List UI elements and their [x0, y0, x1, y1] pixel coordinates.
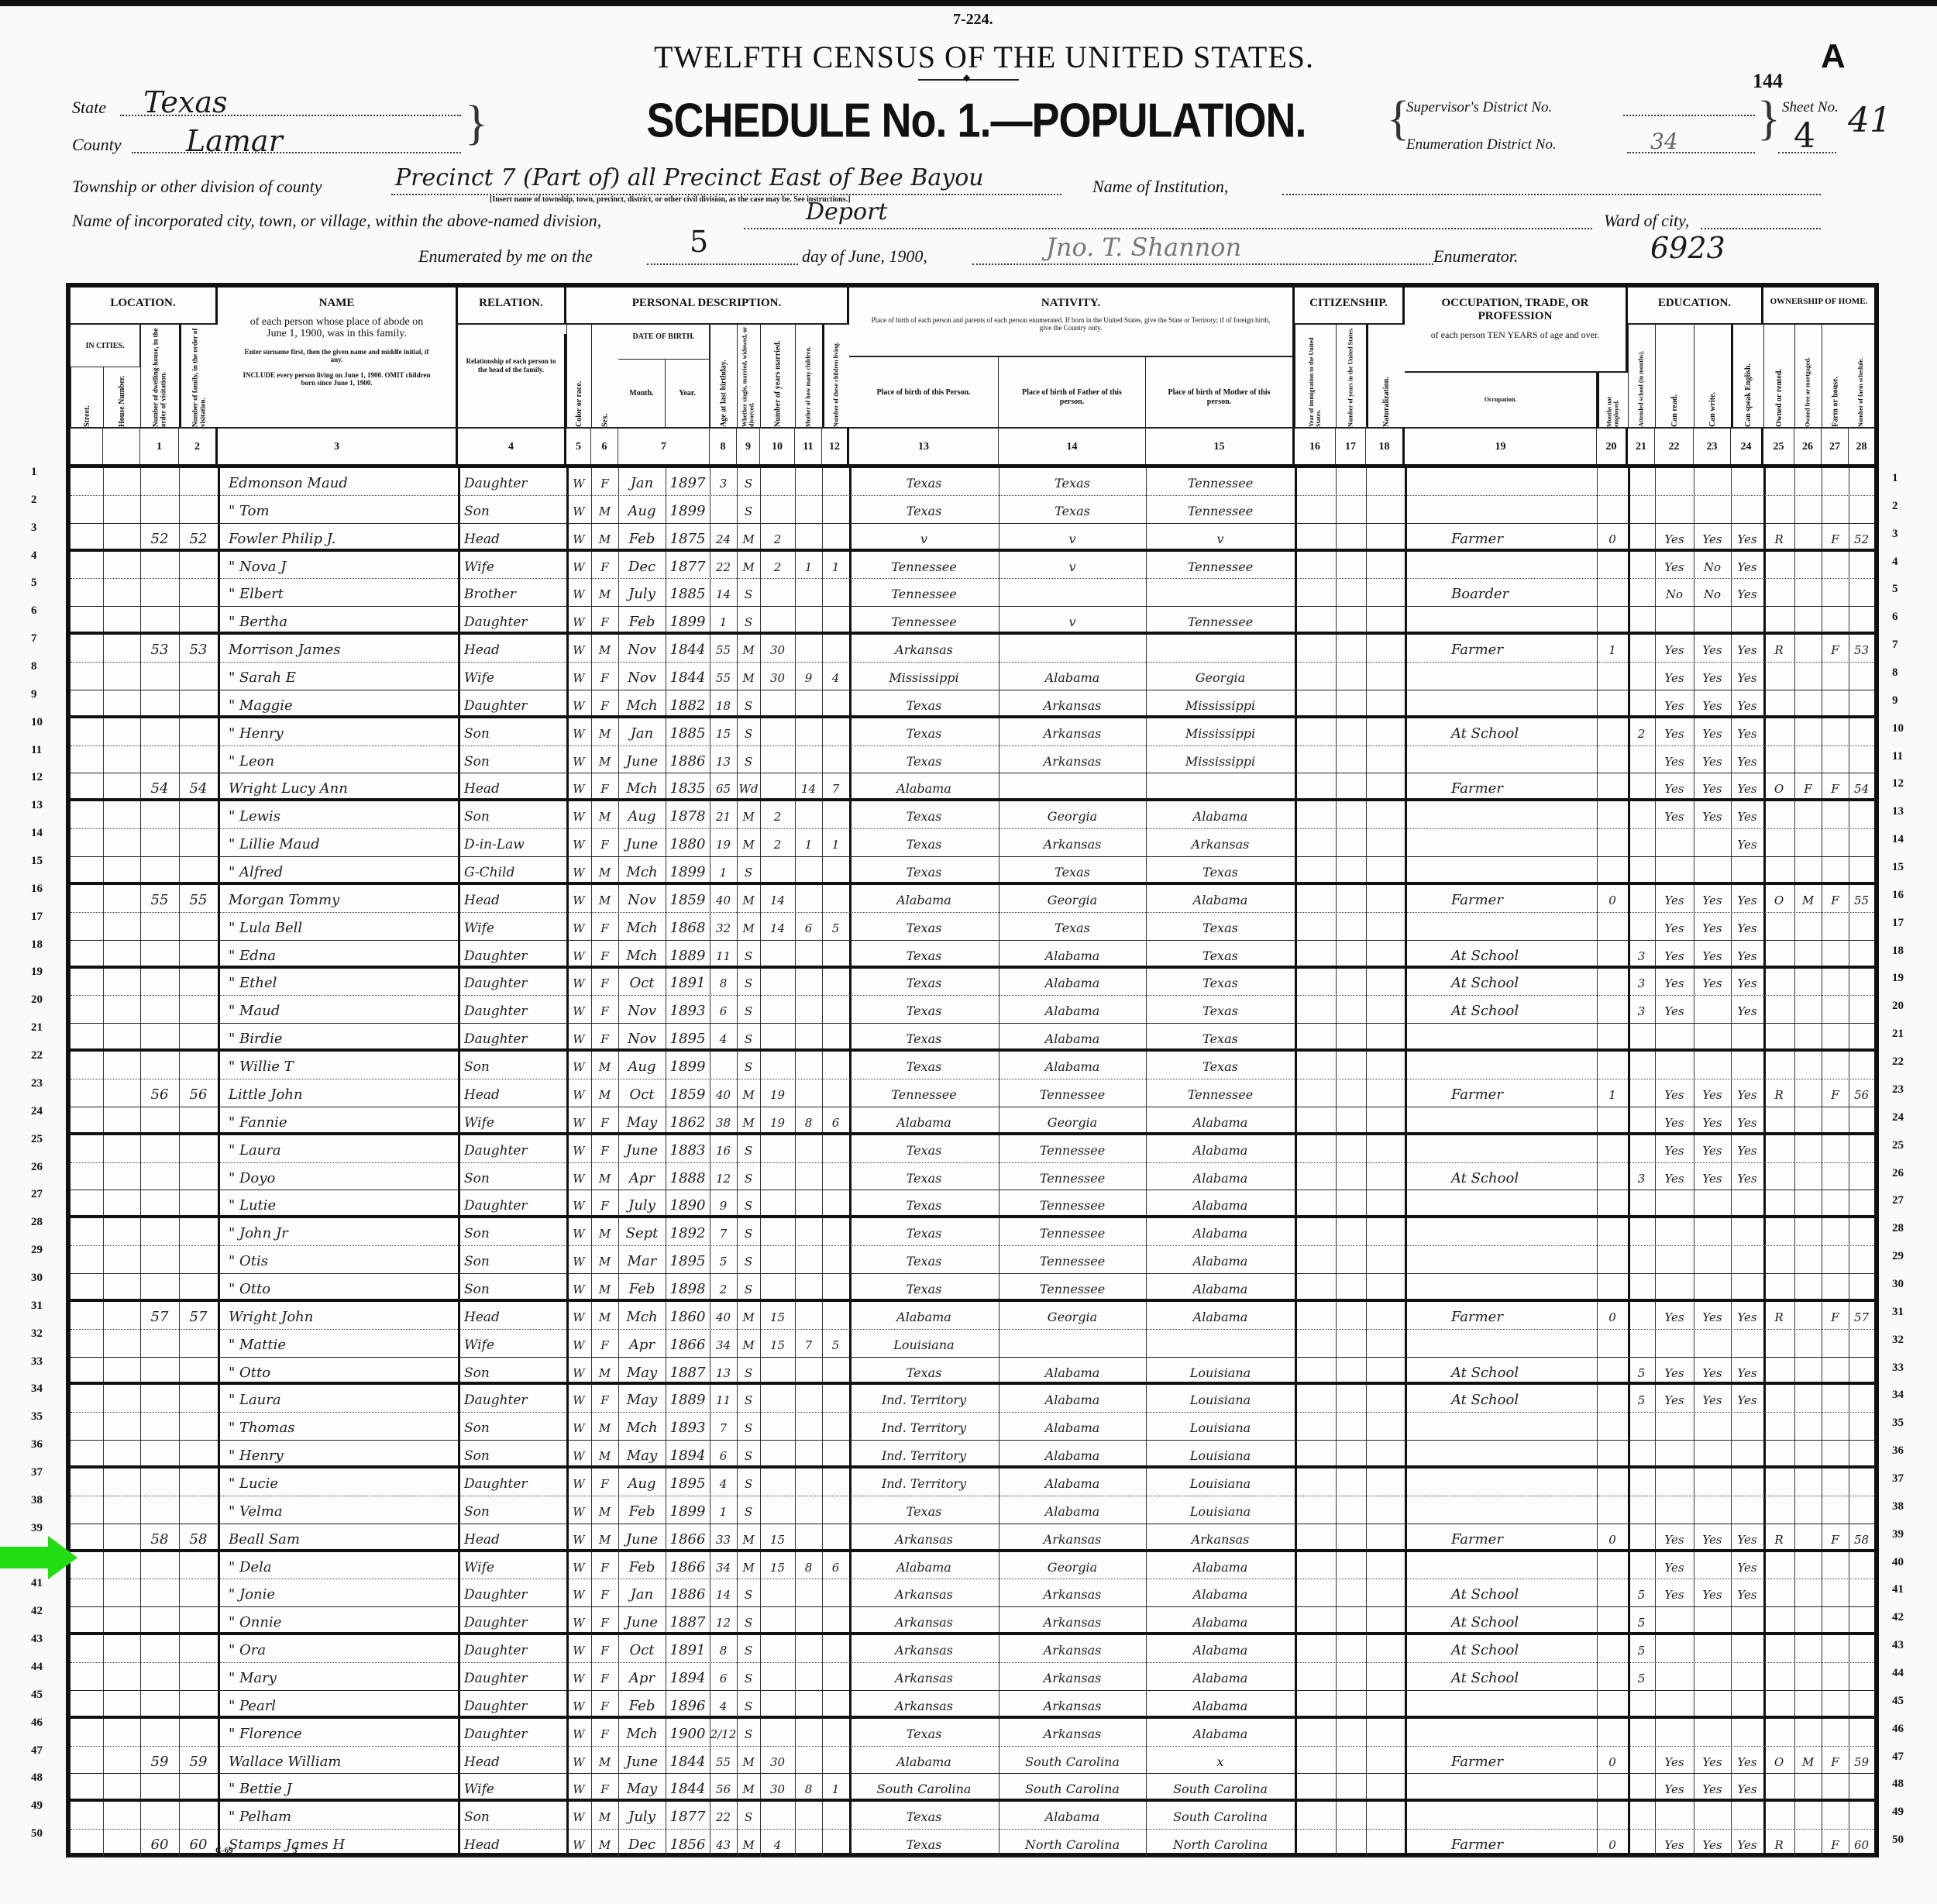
attended-school-cell[interactable]	[1628, 1719, 1655, 1746]
family-number-cell[interactable]	[179, 1413, 218, 1440]
family-number-cell[interactable]	[179, 968, 218, 995]
relation-cell[interactable]: Daughter	[458, 1190, 566, 1215]
birthplace-mother-cell[interactable]: Alabama	[1146, 1635, 1295, 1662]
relation-cell[interactable]: Daughter	[458, 941, 566, 966]
occupation-cell[interactable]	[1405, 1802, 1597, 1829]
birth-month-cell[interactable]: Mch	[618, 1719, 666, 1746]
birthplace-father-cell[interactable]: Tennessee	[999, 1274, 1146, 1299]
person-name-cell[interactable]: " Birdie	[218, 1024, 458, 1048]
farm-or-house-cell[interactable]	[1822, 1691, 1849, 1716]
color-cell[interactable]: W	[566, 1246, 591, 1273]
can-read-cell[interactable]: Yes	[1655, 718, 1694, 745]
owned-free-cell[interactable]	[1794, 690, 1822, 715]
age-cell[interactable]: 13	[710, 746, 737, 773]
birthplace-father-cell[interactable]: Arkansas	[999, 1607, 1146, 1632]
birth-year-cell[interactable]: 1895	[666, 1024, 710, 1048]
farm-schedule-cell[interactable]: 59	[1849, 1747, 1874, 1774]
occupation-cell[interactable]	[1405, 1468, 1597, 1496]
children-living-cell[interactable]	[822, 607, 849, 632]
can-speak-english-cell[interactable]: Yes	[1731, 1163, 1763, 1190]
owned-free-cell[interactable]	[1794, 1163, 1822, 1190]
years-married-cell[interactable]: 2	[760, 801, 795, 828]
farm-or-house-cell[interactable]	[1822, 1163, 1849, 1190]
color-cell[interactable]: W	[566, 829, 591, 856]
dwelling-number-cell[interactable]	[140, 1579, 179, 1606]
person-name-cell[interactable]: " Thomas	[218, 1413, 458, 1440]
birth-month-cell[interactable]: Oct	[618, 968, 666, 995]
can-write-cell[interactable]	[1694, 857, 1731, 882]
age-cell[interactable]: 43	[710, 1830, 737, 1857]
owned-rented-cell[interactable]	[1763, 1246, 1794, 1273]
can-speak-english-cell[interactable]	[1731, 1274, 1763, 1299]
owned-free-cell[interactable]: M	[1794, 1747, 1822, 1774]
relation-cell[interactable]: Daughter	[458, 1607, 566, 1632]
can-write-cell[interactable]	[1694, 1607, 1731, 1632]
can-speak-english-cell[interactable]: Yes	[1731, 1302, 1763, 1329]
farm-schedule-cell[interactable]	[1849, 1802, 1874, 1829]
birthplace-person-cell[interactable]: v	[849, 524, 999, 549]
dwelling-number-cell[interactable]	[140, 1552, 179, 1579]
age-cell[interactable]: 2/12	[710, 1719, 737, 1746]
farm-or-house-cell[interactable]	[1822, 996, 1849, 1023]
can-read-cell[interactable]	[1655, 1468, 1694, 1496]
farm-schedule-cell[interactable]: 58	[1849, 1524, 1874, 1549]
attended-school-cell[interactable]	[1628, 1052, 1655, 1079]
owned-free-cell[interactable]	[1794, 607, 1822, 632]
marital-status-cell[interactable]: M	[737, 801, 760, 828]
color-cell[interactable]: W	[566, 1441, 591, 1465]
months-unemployed-cell[interactable]	[1597, 1107, 1628, 1132]
age-cell[interactable]: 19	[710, 829, 737, 856]
can-read-cell[interactable]: Yes	[1655, 1830, 1694, 1857]
supervisor-district-line[interactable]	[1623, 115, 1755, 116]
person-name-cell[interactable]: Wright John	[218, 1302, 458, 1329]
color-cell[interactable]: W	[566, 1691, 591, 1716]
birthplace-mother-cell[interactable]: Texas	[1146, 1052, 1295, 1079]
family-number-cell[interactable]	[179, 1024, 218, 1048]
birthplace-mother-cell[interactable]: Texas	[1146, 913, 1295, 940]
owned-free-cell[interactable]	[1794, 857, 1822, 882]
occupation-cell[interactable]: Farmer	[1405, 635, 1597, 662]
birth-year-cell[interactable]: 1899	[666, 1052, 710, 1079]
birth-year-cell[interactable]: 1894	[666, 1441, 710, 1465]
birth-year-cell[interactable]: 1899	[666, 1496, 710, 1524]
owned-rented-cell[interactable]	[1763, 1552, 1794, 1579]
dwelling-number-cell[interactable]	[140, 1496, 179, 1524]
color-cell[interactable]: W	[566, 773, 591, 798]
person-name-cell[interactable]: " Dela	[218, 1552, 458, 1579]
dwelling-number-cell[interactable]	[140, 1719, 179, 1746]
can-speak-english-cell[interactable]: Yes	[1731, 524, 1763, 549]
can-speak-english-cell[interactable]	[1731, 1691, 1763, 1716]
can-write-cell[interactable]	[1694, 1552, 1731, 1579]
birthplace-father-cell[interactable]: Alabama	[999, 663, 1146, 690]
months-unemployed-cell[interactable]	[1597, 1579, 1628, 1606]
color-cell[interactable]: W	[566, 1496, 591, 1524]
owned-free-cell[interactable]	[1794, 1302, 1822, 1329]
dwelling-number-cell[interactable]	[140, 968, 179, 995]
sex-cell[interactable]: M	[591, 1524, 618, 1549]
relation-cell[interactable]: G-Child	[458, 857, 566, 882]
mother-of-cell[interactable]	[795, 635, 822, 662]
attended-school-cell[interactable]	[1628, 1246, 1655, 1273]
occupation-cell[interactable]	[1405, 1218, 1597, 1245]
family-number-cell[interactable]	[179, 913, 218, 940]
family-number-cell[interactable]	[179, 1691, 218, 1716]
children-living-cell[interactable]: 7	[822, 773, 849, 798]
can-read-cell[interactable]: Yes	[1655, 1135, 1694, 1162]
person-name-cell[interactable]: " Willie T	[218, 1052, 458, 1079]
relation-cell[interactable]: Son	[458, 496, 566, 523]
sex-cell[interactable]: M	[591, 1747, 618, 1774]
sex-cell[interactable]: F	[591, 1579, 618, 1606]
birth-month-cell[interactable]: May	[618, 1107, 666, 1132]
color-cell[interactable]: W	[566, 857, 591, 882]
birth-year-cell[interactable]: 1844	[666, 1747, 710, 1774]
color-cell[interactable]: W	[566, 1635, 591, 1662]
birthplace-person-cell[interactable]: Texas	[849, 1274, 999, 1299]
farm-schedule-cell[interactable]: 53	[1849, 635, 1874, 662]
birth-month-cell[interactable]: Mch	[618, 690, 666, 715]
can-speak-english-cell[interactable]: Yes	[1731, 1579, 1763, 1606]
attended-school-cell[interactable]	[1628, 1190, 1655, 1215]
owned-free-cell[interactable]	[1794, 941, 1822, 966]
color-cell[interactable]: W	[566, 913, 591, 940]
dwelling-number-cell[interactable]	[140, 996, 179, 1023]
owned-rented-cell[interactable]	[1763, 1163, 1794, 1190]
birthplace-person-cell[interactable]: Texas	[849, 829, 999, 856]
birth-month-cell[interactable]: Mch	[618, 1413, 666, 1440]
color-cell[interactable]: W	[566, 1747, 591, 1774]
owned-rented-cell[interactable]	[1763, 1413, 1794, 1440]
marital-status-cell[interactable]: M	[737, 1552, 760, 1579]
years-married-cell[interactable]	[760, 718, 795, 745]
months-unemployed-cell[interactable]	[1597, 1385, 1628, 1412]
farm-schedule-cell[interactable]	[1849, 1496, 1874, 1524]
can-read-cell[interactable]: Yes	[1655, 1552, 1694, 1579]
years-married-cell[interactable]: 30	[760, 1774, 795, 1799]
owned-rented-cell[interactable]	[1763, 1607, 1794, 1632]
farm-or-house-cell[interactable]: F	[1822, 885, 1849, 912]
farm-schedule-cell[interactable]	[1849, 1691, 1874, 1716]
sex-cell[interactable]: F	[591, 1691, 618, 1716]
birthplace-person-cell[interactable]: Texas	[849, 1358, 999, 1382]
years-married-cell[interactable]	[760, 1635, 795, 1662]
sex-cell[interactable]: F	[591, 1135, 618, 1162]
birth-month-cell[interactable]: May	[618, 1774, 666, 1799]
sex-cell[interactable]: F	[591, 1468, 618, 1496]
dwelling-number-cell[interactable]	[140, 1190, 179, 1215]
color-cell[interactable]: W	[566, 1774, 591, 1799]
birthplace-father-cell[interactable]: Arkansas	[999, 1691, 1146, 1716]
years-married-cell[interactable]	[760, 1802, 795, 1829]
farm-schedule-cell[interactable]	[1849, 1190, 1874, 1215]
age-cell[interactable]: 24	[710, 524, 737, 549]
birth-month-cell[interactable]: Jan	[618, 718, 666, 745]
children-living-cell[interactable]	[822, 1135, 849, 1162]
color-cell[interactable]: W	[566, 690, 591, 715]
owned-rented-cell[interactable]	[1763, 579, 1794, 606]
birth-month-cell[interactable]: Aug	[618, 1052, 666, 1079]
birthplace-person-cell[interactable]: Alabama	[849, 1107, 999, 1132]
birth-year-cell[interactable]: 1890	[666, 1190, 710, 1215]
occupation-cell[interactable]	[1405, 468, 1597, 495]
children-living-cell[interactable]	[822, 1830, 849, 1857]
can-write-cell[interactable]: Yes	[1694, 913, 1731, 940]
can-write-cell[interactable]	[1694, 1246, 1731, 1273]
mother-of-cell[interactable]	[795, 718, 822, 745]
farm-schedule-cell[interactable]: 60	[1849, 1830, 1874, 1857]
dwelling-number-cell[interactable]	[140, 1052, 179, 1079]
sex-cell[interactable]: F	[591, 690, 618, 715]
family-number-cell[interactable]	[179, 1635, 218, 1662]
birthplace-father-cell[interactable]: Alabama	[999, 1024, 1146, 1048]
color-cell[interactable]: W	[566, 1830, 591, 1857]
person-name-cell[interactable]: " Doyo	[218, 1163, 458, 1190]
birthplace-mother-cell[interactable]: Texas	[1146, 996, 1295, 1023]
dwelling-number-cell[interactable]	[140, 718, 179, 745]
children-living-cell[interactable]	[822, 1524, 849, 1549]
can-read-cell[interactable]	[1655, 1274, 1694, 1299]
dwelling-number-cell[interactable]	[140, 1024, 179, 1048]
birthplace-father-cell[interactable]: Arkansas	[999, 746, 1146, 773]
family-number-cell[interactable]	[179, 829, 218, 856]
age-cell[interactable]: 21	[710, 801, 737, 828]
can-write-cell[interactable]: Yes	[1694, 941, 1731, 966]
birth-year-cell[interactable]: 1887	[666, 1358, 710, 1382]
owned-free-cell[interactable]	[1794, 1135, 1822, 1162]
months-unemployed-cell[interactable]	[1597, 1719, 1628, 1746]
can-speak-english-cell[interactable]: Yes	[1731, 1524, 1763, 1549]
owned-rented-cell[interactable]	[1763, 941, 1794, 966]
birth-year-cell[interactable]: 1899	[666, 607, 710, 632]
farm-or-house-cell[interactable]	[1822, 1052, 1849, 1079]
birthplace-father-cell[interactable]	[999, 773, 1146, 798]
can-write-cell[interactable]	[1694, 1190, 1731, 1215]
age-cell[interactable]: 65	[710, 773, 737, 798]
family-number-cell[interactable]	[179, 1135, 218, 1162]
can-speak-english-cell[interactable]: Yes	[1731, 968, 1763, 995]
mother-of-cell[interactable]: 6	[795, 913, 822, 940]
family-number-cell[interactable]	[179, 1358, 218, 1382]
occupation-cell[interactable]: Farmer	[1405, 885, 1597, 912]
birth-year-cell[interactable]: 1844	[666, 635, 710, 662]
months-unemployed-cell[interactable]: 0	[1597, 1747, 1628, 1774]
can-read-cell[interactable]	[1655, 607, 1694, 632]
farm-schedule-cell[interactable]	[1849, 941, 1874, 966]
owned-free-cell[interactable]	[1794, 496, 1822, 523]
owned-free-cell[interactable]	[1794, 1079, 1822, 1107]
attended-school-cell[interactable]	[1628, 1135, 1655, 1162]
can-write-cell[interactable]: No	[1694, 579, 1731, 606]
birth-year-cell[interactable]: 1878	[666, 801, 710, 828]
dwelling-number-cell[interactable]	[140, 1468, 179, 1496]
birthplace-father-cell[interactable]: Alabama	[999, 941, 1146, 966]
occupation-cell[interactable]	[1405, 913, 1597, 940]
children-living-cell[interactable]	[822, 801, 849, 828]
enumerator-signature[interactable]: Jno. T. Shannon	[1046, 232, 1241, 262]
farm-or-house-cell[interactable]	[1822, 1441, 1849, 1465]
relation-cell[interactable]: Wife	[458, 1330, 566, 1357]
mother-of-cell[interactable]	[795, 524, 822, 549]
mother-of-cell[interactable]: 1	[795, 829, 822, 856]
attended-school-cell[interactable]	[1628, 1441, 1655, 1465]
mother-of-cell[interactable]	[795, 1579, 822, 1606]
birthplace-father-cell[interactable]: Tennessee	[999, 1079, 1146, 1107]
color-cell[interactable]: W	[566, 1468, 591, 1496]
can-write-cell[interactable]: Yes	[1694, 1579, 1731, 1606]
attended-school-cell[interactable]	[1628, 579, 1655, 606]
can-read-cell[interactable]	[1655, 1246, 1694, 1273]
children-living-cell[interactable]	[822, 1441, 849, 1465]
farm-or-house-cell[interactable]	[1822, 857, 1849, 882]
can-write-cell[interactable]	[1694, 829, 1731, 856]
birth-year-cell[interactable]: 1835	[666, 773, 710, 798]
children-living-cell[interactable]	[822, 1635, 849, 1662]
person-name-cell[interactable]: " Ethel	[218, 968, 458, 995]
years-married-cell[interactable]	[760, 1385, 795, 1412]
age-cell[interactable]: 15	[710, 718, 737, 745]
can-read-cell[interactable]	[1655, 468, 1694, 495]
months-unemployed-cell[interactable]	[1597, 1552, 1628, 1579]
birthplace-mother-cell[interactable]: Tennessee	[1146, 468, 1295, 495]
marital-status-cell[interactable]: S	[737, 1663, 760, 1690]
can-write-cell[interactable]: Yes	[1694, 635, 1731, 662]
owned-rented-cell[interactable]	[1763, 1274, 1794, 1299]
marital-status-cell[interactable]: M	[737, 1302, 760, 1329]
farm-schedule-cell[interactable]	[1849, 857, 1874, 882]
farm-or-house-cell[interactable]	[1822, 552, 1849, 579]
age-cell[interactable]: 34	[710, 1552, 737, 1579]
age-cell[interactable]: 13	[710, 1358, 737, 1382]
owned-rented-cell[interactable]	[1763, 1024, 1794, 1048]
person-name-cell[interactable]: Wallace William	[218, 1747, 458, 1774]
family-number-cell[interactable]	[179, 1330, 218, 1357]
can-read-cell[interactable]: Yes	[1655, 913, 1694, 940]
relation-cell[interactable]: Son	[458, 1052, 566, 1079]
dwelling-number-cell[interactable]	[140, 1774, 179, 1799]
birthplace-father-cell[interactable]: Tennessee	[999, 1246, 1146, 1273]
birthplace-mother-cell[interactable]: Texas	[1146, 968, 1295, 995]
owned-free-cell[interactable]	[1794, 1330, 1822, 1357]
months-unemployed-cell[interactable]	[1597, 941, 1628, 966]
age-cell[interactable]: 1	[710, 857, 737, 882]
farm-schedule-cell[interactable]	[1849, 968, 1874, 995]
can-write-cell[interactable]	[1694, 607, 1731, 632]
family-number-cell[interactable]: 55	[179, 885, 218, 912]
birth-month-cell[interactable]: Aug	[618, 496, 666, 523]
age-cell[interactable]: 22	[710, 1802, 737, 1829]
can-speak-english-cell[interactable]: Yes	[1731, 941, 1763, 966]
farm-or-house-cell[interactable]	[1822, 1635, 1849, 1662]
sex-cell[interactable]: F	[591, 1635, 618, 1662]
birthplace-father-cell[interactable]: Alabama	[999, 1441, 1146, 1465]
birth-month-cell[interactable]: Mar	[618, 1246, 666, 1273]
relation-cell[interactable]: Son	[458, 746, 566, 773]
person-name-cell[interactable]: " Lula Bell	[218, 913, 458, 940]
family-number-cell[interactable]	[179, 996, 218, 1023]
birthplace-mother-cell[interactable]: Tennessee	[1146, 1079, 1295, 1107]
sex-cell[interactable]: M	[591, 496, 618, 523]
birthplace-person-cell[interactable]: Tennessee	[849, 607, 999, 632]
occupation-cell[interactable]: Farmer	[1405, 1830, 1597, 1857]
birthplace-father-cell[interactable]: South Carolina	[999, 1774, 1146, 1799]
mother-of-cell[interactable]	[795, 1830, 822, 1857]
birth-year-cell[interactable]: 1898	[666, 1274, 710, 1299]
dwelling-number-cell[interactable]	[140, 579, 179, 606]
dwelling-number-cell[interactable]	[140, 663, 179, 690]
months-unemployed-cell[interactable]	[1597, 607, 1628, 632]
can-write-cell[interactable]: Yes	[1694, 968, 1731, 995]
children-living-cell[interactable]	[822, 1719, 849, 1746]
can-write-cell[interactable]	[1694, 1802, 1731, 1829]
birth-year-cell[interactable]: 1844	[666, 1774, 710, 1799]
children-living-cell[interactable]	[822, 1579, 849, 1606]
farm-schedule-cell[interactable]	[1849, 996, 1874, 1023]
sex-cell[interactable]: F	[591, 1663, 618, 1690]
can-speak-english-cell[interactable]	[1731, 1052, 1763, 1079]
farm-or-house-cell[interactable]	[1822, 607, 1849, 632]
can-write-cell[interactable]: Yes	[1694, 1385, 1731, 1412]
family-number-cell[interactable]: 54	[179, 773, 218, 798]
farm-or-house-cell[interactable]: F	[1822, 1524, 1849, 1549]
relation-cell[interactable]: Head	[458, 1747, 566, 1774]
children-living-cell[interactable]: 5	[822, 913, 849, 940]
color-cell[interactable]: W	[566, 579, 591, 606]
occupation-cell[interactable]	[1405, 746, 1597, 773]
years-married-cell[interactable]: 2	[760, 829, 795, 856]
age-cell[interactable]: 18	[710, 690, 737, 715]
birth-month-cell[interactable]: June	[618, 1524, 666, 1549]
birthplace-mother-cell[interactable]: South Carolina	[1146, 1802, 1295, 1829]
can-speak-english-cell[interactable]: Yes	[1731, 1107, 1763, 1132]
mother-of-cell[interactable]	[795, 607, 822, 632]
farm-or-house-cell[interactable]	[1822, 1579, 1849, 1606]
color-cell[interactable]: W	[566, 1579, 591, 1606]
family-number-cell[interactable]	[179, 718, 218, 745]
owned-free-cell[interactable]	[1794, 1607, 1822, 1632]
farm-schedule-cell[interactable]	[1849, 468, 1874, 495]
sex-cell[interactable]: M	[591, 579, 618, 606]
family-number-cell[interactable]	[179, 496, 218, 523]
mother-of-cell[interactable]: 8	[795, 1107, 822, 1132]
birthplace-person-cell[interactable]: Arkansas	[849, 1663, 999, 1690]
age-cell[interactable]: 5	[710, 1246, 737, 1273]
years-married-cell[interactable]: 14	[760, 885, 795, 912]
occupation-cell[interactable]	[1405, 1441, 1597, 1465]
marital-status-cell[interactable]: S	[737, 1607, 760, 1632]
years-married-cell[interactable]: 15	[760, 1524, 795, 1549]
years-married-cell[interactable]	[760, 1246, 795, 1273]
years-married-cell[interactable]	[760, 1441, 795, 1465]
farm-or-house-cell[interactable]	[1822, 1385, 1849, 1412]
can-read-cell[interactable]: Yes	[1655, 1774, 1694, 1799]
dwelling-number-cell[interactable]	[140, 1135, 179, 1162]
owned-rented-cell[interactable]: O	[1763, 885, 1794, 912]
can-write-cell[interactable]: Yes	[1694, 524, 1731, 549]
months-unemployed-cell[interactable]: 0	[1597, 1830, 1628, 1857]
birth-month-cell[interactable]: July	[618, 579, 666, 606]
birthplace-person-cell[interactable]: Arkansas	[849, 1607, 999, 1632]
occupation-cell[interactable]: At School	[1405, 718, 1597, 745]
months-unemployed-cell[interactable]	[1597, 1274, 1628, 1299]
dwelling-number-cell[interactable]	[140, 607, 179, 632]
farm-schedule-cell[interactable]	[1849, 1607, 1874, 1632]
can-write-cell[interactable]	[1694, 1496, 1731, 1524]
attended-school-cell[interactable]	[1628, 1218, 1655, 1245]
sex-cell[interactable]: M	[591, 635, 618, 662]
attended-school-cell[interactable]	[1628, 496, 1655, 523]
